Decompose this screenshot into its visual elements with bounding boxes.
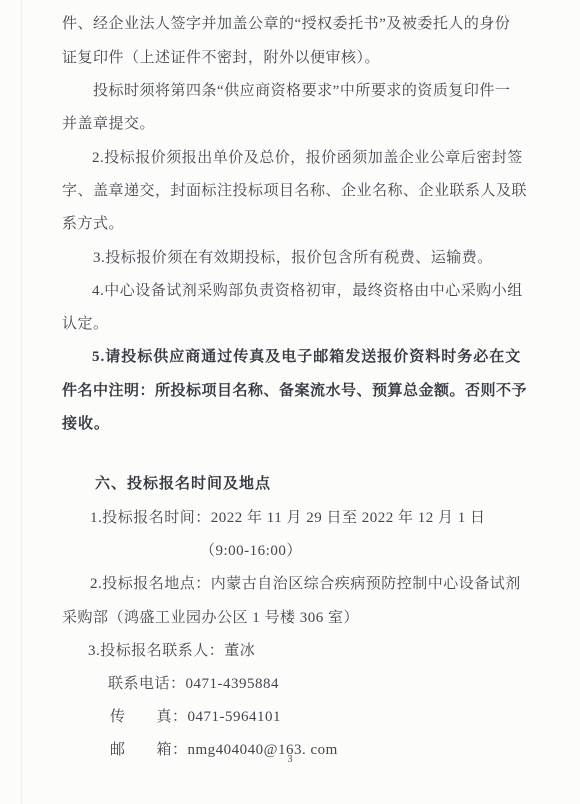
line-clause2-3: 系方式。 <box>62 213 124 235</box>
line-clause2-1: 2.投标报价须报出单价及总价，报价函须加盖企业公章后密封签 <box>92 147 523 169</box>
line-clause5-3: 接收。 <box>62 413 110 435</box>
page-number: 3 <box>0 754 580 765</box>
line-registration-time: 1.投标报名时间：2022 年 11 月 29 日至 2022 年 12 月 1… <box>90 507 485 529</box>
line-registration-place-2: 采购部（鸿盛工业园办公区 1 号楼 306 室） <box>62 607 359 629</box>
line-qualification-copy-1: 投标时须将第四条“供应商资格要求”中所要求的资质复印件一 <box>93 80 510 102</box>
line-contact-fax: 传 真：0471-5964101 <box>110 706 281 728</box>
line-clause4-1: 4.中心设备试剂采购部负责资格初审，最终资格由中心采购小组 <box>92 280 523 302</box>
line-contact-phone: 联系电话：0471-4395884 <box>108 673 279 695</box>
line-clause4-2: 认定。 <box>62 313 109 335</box>
line-registration-place-1: 2.投标报名地点：内蒙古自治区综合疾病预防控制中心设备试剂 <box>90 573 521 595</box>
line-clause5-2: 件名中注明：所投标项目名称、备案流水号、预算总金额。否则不予 <box>62 380 527 402</box>
line-qualification-copy-2: 并盖章提交。 <box>62 113 155 135</box>
line-authorization-cert-1: 件、经企业法人签字并加盖公章的“授权委托书”及被委托人的身份 <box>62 13 510 35</box>
line-clause2-2: 字、盖章递交，封面标注投标项目名称、企业名称、企业联系人及联 <box>62 180 527 202</box>
document-page: 件、经企业法人签字并加盖公章的“授权委托书”及被委托人的身份 证复印件（上述证件… <box>0 0 580 804</box>
line-registration-hours: （9:00-16:00） <box>200 540 302 562</box>
line-contact-person: 3.投标报名联系人：董冰 <box>88 640 255 662</box>
line-clause3: 3.投标报价须在有效期投标，报价包含所有税费、运输费。 <box>93 247 493 269</box>
line-clause5-1: 5.请投标供应商通过传真及电子邮箱发送报价资料时务必在文 <box>92 346 521 368</box>
section6-heading: 六、投标报名时间及地点 <box>95 473 271 495</box>
line-authorization-cert-2: 证复印件（上述证件不密封，附外以便审核）。 <box>62 47 380 69</box>
